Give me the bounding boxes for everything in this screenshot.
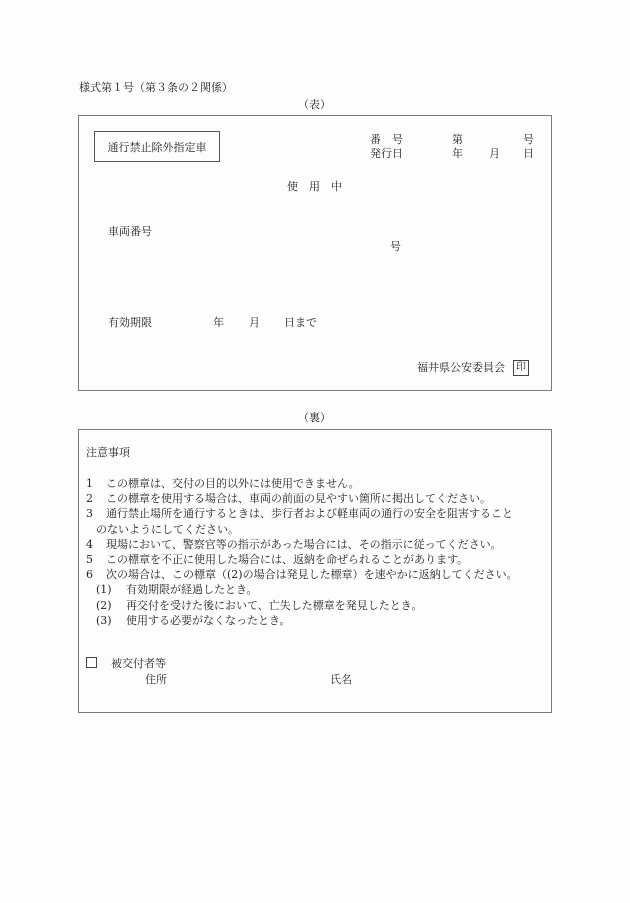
validity-label: 有効期限 <box>108 316 152 330</box>
number-suffix: 号 <box>523 133 534 147</box>
number-prefix: 第 <box>452 133 463 147</box>
badge-title-box: 通行禁止除外指定車 <box>94 131 220 162</box>
issuer-line: 福井県公安委員会印 <box>417 360 529 376</box>
status-in-use: 使 用 中 <box>287 180 342 194</box>
seal-icon: 印 <box>513 360 529 376</box>
notes-list: 1この標章は、交付の目的以外には使用できません。 2この標章を使用する場合は、車… <box>86 476 546 628</box>
note-item: 2この標章を使用する場合は、車両の前面の見やすい箇所に掲出してください。 <box>86 491 546 506</box>
badge-title: 通行禁止除外指定車 <box>108 139 207 155</box>
issue-day-label: 日 <box>523 147 534 161</box>
note-item: 4現場において、警察官等の指示があった場合には、その指示に従ってください。 <box>86 537 546 552</box>
issue-month-label: 月 <box>489 147 500 161</box>
validity-until-label: 日まで <box>284 316 317 330</box>
sub-item: (2)再交付を受けた後において、亡失した標章を発見したとき。 <box>86 598 546 613</box>
note-item-continuation: のないようにしてください。 <box>86 522 546 537</box>
back-side-label: （裏） <box>298 411 331 425</box>
front-side-label: （表） <box>298 98 331 112</box>
address-label: 住所 <box>145 673 167 687</box>
form-title: 様式第１号（第３条の２関係） <box>79 81 233 95</box>
issue-date-label: 発行日 <box>370 147 403 161</box>
recipient-row: 被交付者等 <box>84 657 166 671</box>
recipient-label: 被交付者等 <box>111 657 166 670</box>
note-item: 1この標章は、交付の目的以外には使用できません。 <box>86 476 546 491</box>
issuer-name: 福井県公安委員会 <box>417 361 505 374</box>
validity-month-label: 月 <box>249 316 260 330</box>
name-label: 氏名 <box>330 673 352 687</box>
vehicle-number-suffix: 号 <box>390 240 401 254</box>
note-item: 5この標章を不正に使用した場合には、返納を命ぜられることがあります。 <box>86 552 546 567</box>
note-item: 3通行禁止場所を通行するときは、歩行者および軽車両の通行の安全を阻害すること <box>86 506 546 521</box>
sub-item: (3)使用する必要がなくなったとき。 <box>86 613 546 628</box>
validity-year-label: 年 <box>213 316 224 330</box>
number-label: 番 号 <box>370 133 403 147</box>
notes-title: 注意事項 <box>86 446 130 460</box>
note-item: 6次の場合は、この標章（(2)の場合は発見した標章）を速やかに返納してください。 <box>86 567 546 582</box>
sub-item: (1)有効期限が経過したとき。 <box>86 582 546 597</box>
issue-year-label: 年 <box>452 147 463 161</box>
vehicle-number-label: 車両番号 <box>108 225 152 239</box>
checkbox-icon[interactable] <box>86 657 97 668</box>
